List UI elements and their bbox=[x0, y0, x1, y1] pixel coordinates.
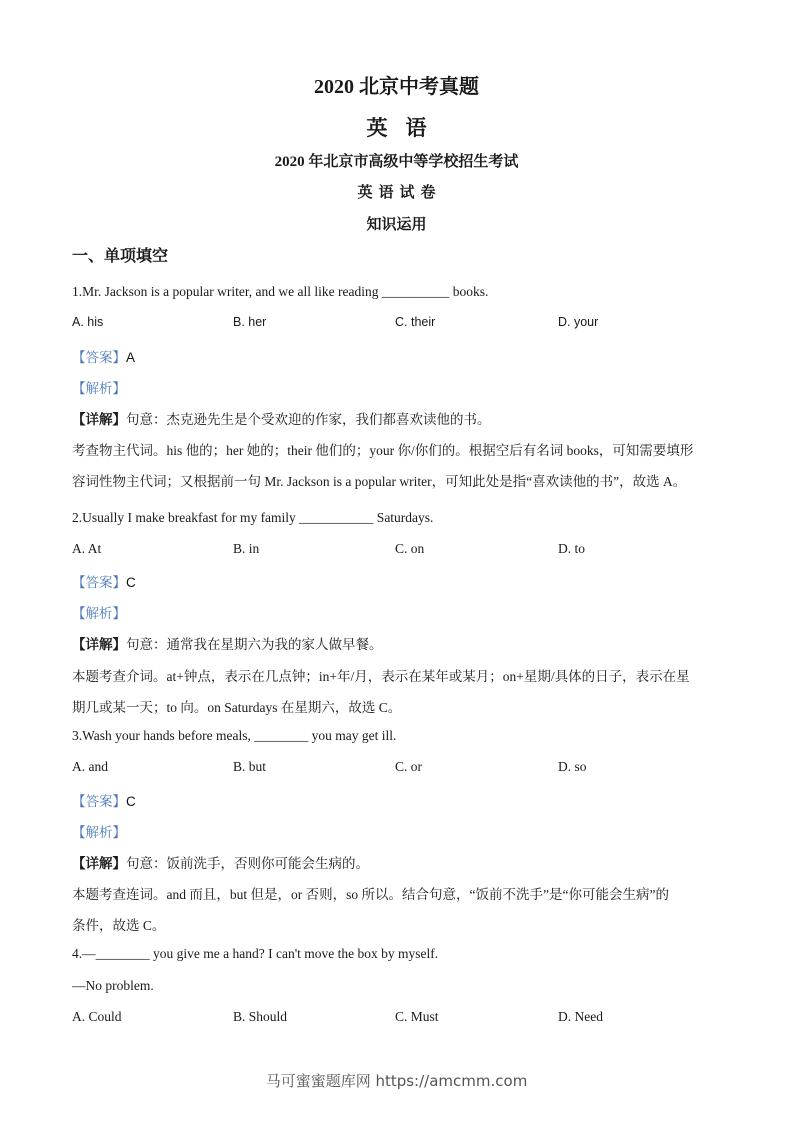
option-1a: A. his bbox=[72, 315, 103, 329]
option-4d: D. Need bbox=[558, 1009, 603, 1025]
answer-value: C bbox=[126, 794, 136, 809]
option-1d: D. your bbox=[558, 315, 598, 329]
answer-label: 【答案】 bbox=[72, 575, 126, 590]
option-1b: B. her bbox=[233, 315, 266, 329]
analysis-label-1: 【解析】 bbox=[72, 377, 126, 397]
document-title: 2020 北京中考真题 bbox=[0, 70, 793, 99]
detail-text: 句意：杰克逊先生是个受欢迎的作家，我们都喜欢读他的书。 bbox=[126, 412, 491, 427]
analysis-label-3: 【解析】 bbox=[72, 821, 126, 841]
answer-3: 【答案】C bbox=[72, 790, 136, 810]
question-stem-3: 3.Wash your hands before meals, ________… bbox=[72, 728, 396, 744]
analysis-label-2: 【解析】 bbox=[72, 602, 126, 622]
answer-2: 【答案】C bbox=[72, 571, 136, 591]
detail-line-2-2: 本题考查介词。at+钟点，表示在几点钟；in+年/月，表示在某年或某月；on+星… bbox=[72, 665, 722, 685]
detail-label: 【详解】 bbox=[72, 412, 126, 427]
question-stem-1: 1.Mr. Jackson is a popular writer, and w… bbox=[72, 284, 488, 300]
detail-label: 【详解】 bbox=[72, 637, 126, 652]
option-3a: A. and bbox=[72, 759, 108, 775]
question-stem-4: 4.—________ you give me a hand? I can't … bbox=[72, 946, 438, 962]
detail-line-2-1: 【详解】句意：通常我在星期六为我的家人做早餐。 bbox=[72, 633, 722, 653]
option-2d: D. to bbox=[558, 541, 585, 557]
option-1c: C. their bbox=[395, 315, 435, 329]
detail-text: 句意：饭前洗手，否则你可能会生病的。 bbox=[126, 856, 369, 871]
question-stem-4-reply: —No problem. bbox=[72, 978, 154, 994]
section-heading: 一、单项填空 bbox=[72, 243, 168, 266]
option-2a: A. At bbox=[72, 541, 101, 557]
option-3d: D. so bbox=[558, 759, 587, 775]
answer-value: A bbox=[126, 350, 135, 365]
exam-name: 2020 年北京市高级中等学校招生考试 bbox=[0, 150, 793, 171]
answer-1: 【答案】A bbox=[72, 346, 135, 366]
option-4a: A. Could bbox=[72, 1009, 122, 1025]
detail-line-1-1: 【详解】句意：杰克逊先生是个受欢迎的作家，我们都喜欢读他的书。 bbox=[72, 408, 722, 428]
part-title: 知识运用 bbox=[0, 213, 793, 234]
footer-watermark: 马可蜜蜜题库网 https://amcmm.com bbox=[0, 1070, 793, 1091]
question-stem-2: 2.Usually I make breakfast for my family… bbox=[72, 510, 433, 526]
answer-value: C bbox=[126, 575, 136, 590]
option-4b: B. Should bbox=[233, 1009, 287, 1025]
detail-label: 【详解】 bbox=[72, 856, 126, 871]
option-4c: C. Must bbox=[395, 1009, 439, 1025]
detail-line-3-2: 本题考查连词。and 而且，but 但是，or 否则，so 所以。结合句意，“饭… bbox=[72, 883, 722, 903]
option-3c: C. or bbox=[395, 759, 422, 775]
paper-name: 英语试卷 bbox=[0, 181, 793, 202]
detail-line-1-2: 考查物主代词。his 他的；her 她的；their 他们的；your 你/你们… bbox=[72, 439, 722, 459]
option-2c: C. on bbox=[395, 541, 424, 557]
option-3b: B. but bbox=[233, 759, 266, 775]
detail-line-2-3: 期几或某一天；to 向。on Saturdays 在星期六，故选 C。 bbox=[72, 696, 722, 716]
detail-line-3-3: 条件，故选 C。 bbox=[72, 914, 722, 934]
detail-text: 句意：通常我在星期六为我的家人做早餐。 bbox=[126, 637, 383, 652]
detail-line-3-1: 【详解】句意：饭前洗手，否则你可能会生病的。 bbox=[72, 852, 722, 872]
detail-line-1-3: 容词性物主代词；又根据前一句 Mr. Jackson is a popular … bbox=[72, 470, 722, 490]
answer-label: 【答案】 bbox=[72, 350, 126, 365]
answer-label: 【答案】 bbox=[72, 794, 126, 809]
subject-title: 英语 bbox=[0, 112, 793, 142]
option-2b: B. in bbox=[233, 541, 259, 557]
